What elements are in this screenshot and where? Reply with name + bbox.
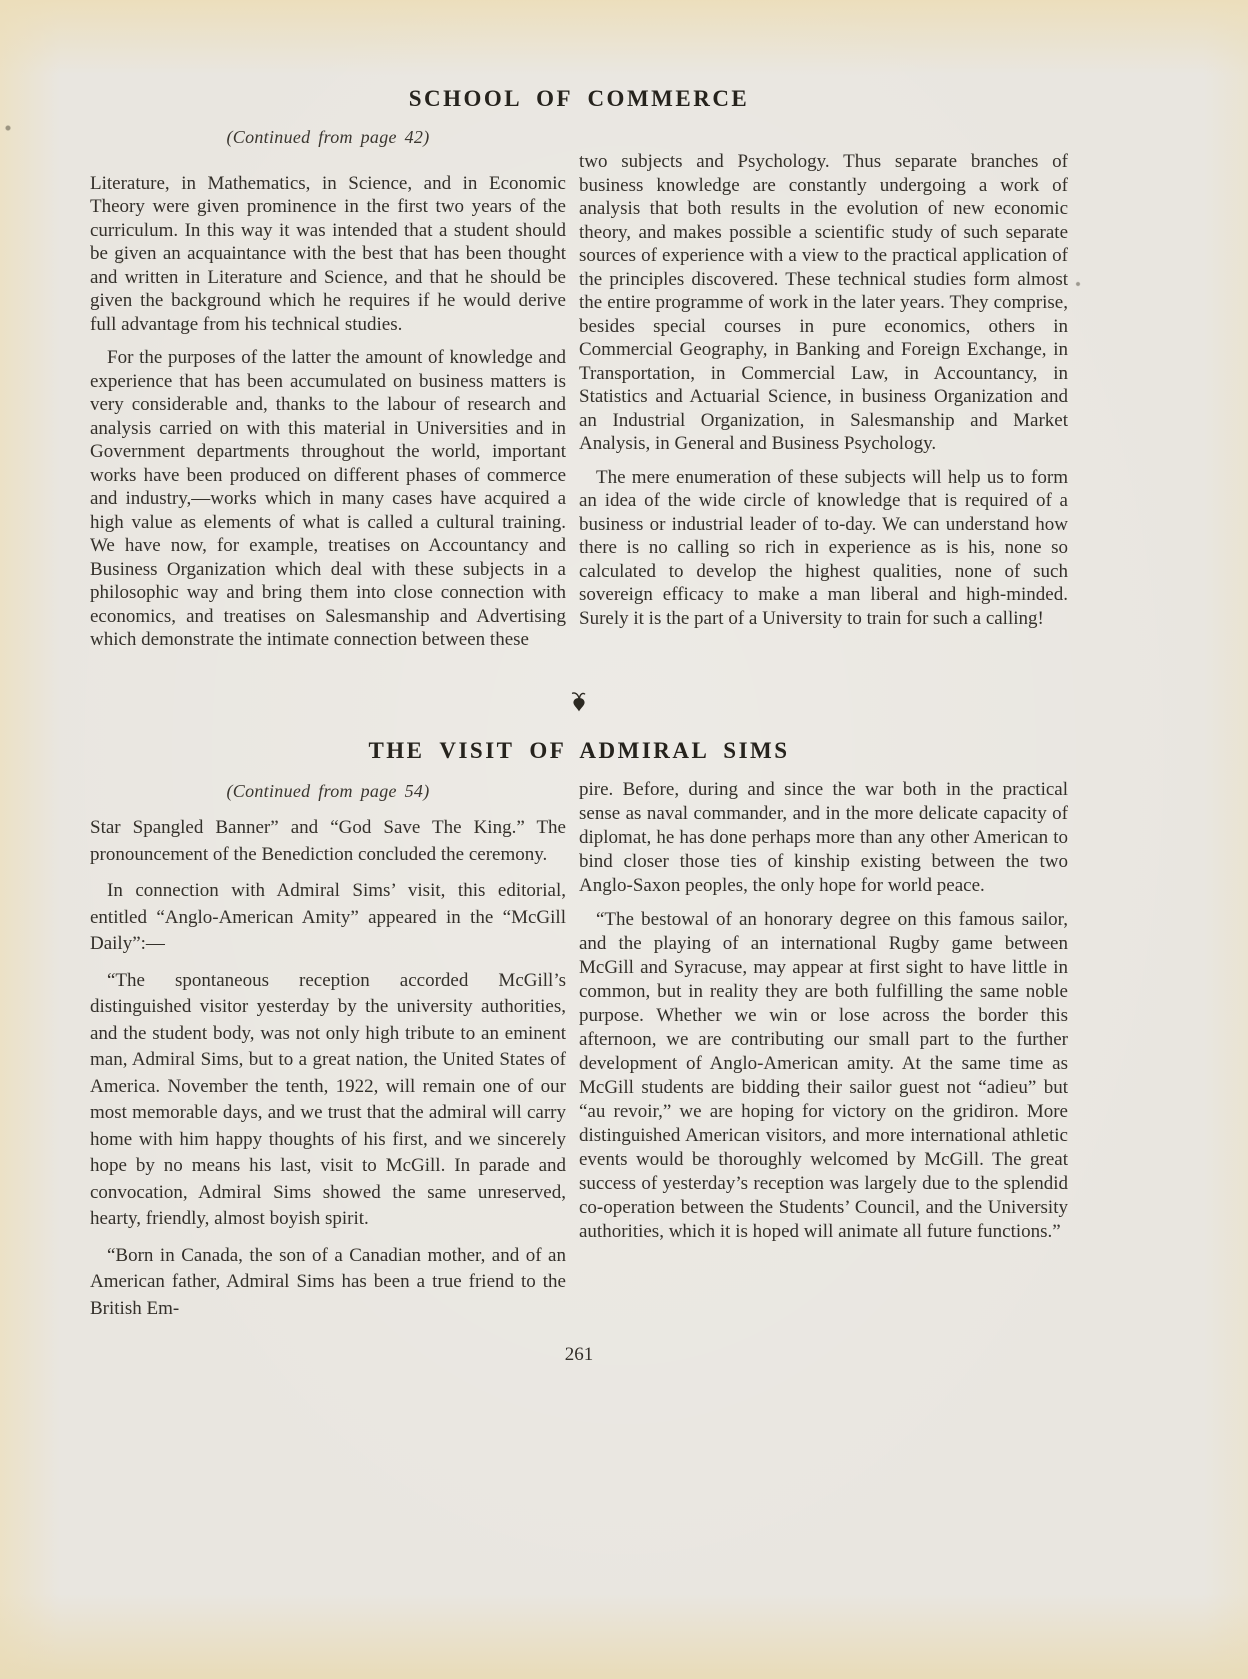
paragraph: two subjects and Psychology. Thus separa… xyxy=(579,150,1068,456)
floral-heart-icon xyxy=(570,688,588,715)
commerce-right-column: two subjects and Psychology. Thus separa… xyxy=(579,126,1068,640)
continued-note: (Continued from page 54) xyxy=(90,778,566,805)
paragraph: pire. Before, during and since the war b… xyxy=(579,778,1068,898)
section-title-visit-of-admiral-sims: THE VISIT OF ADMIRAL SIMS xyxy=(90,738,1068,764)
continued-note: (Continued from page 42) xyxy=(90,126,566,150)
paragraph: The mere enumeration of these subjects w… xyxy=(579,466,1068,631)
section-commerce-columns: (Continued from page 42) Literature, in … xyxy=(90,126,1068,662)
page-number: 261 xyxy=(90,1344,1068,1366)
paragraph: “The spontaneous reception accorded McGi… xyxy=(90,968,566,1233)
sims-left-column: (Continued from page 54) Star Spangled B… xyxy=(90,778,566,1333)
paragraph: “The bestowal of an honorary degree on t… xyxy=(579,908,1068,1244)
section-divider xyxy=(90,688,1068,718)
paragraph: “Born in Canada, the son of a Canadian m… xyxy=(90,1243,566,1323)
sims-right-column: pire. Before, during and since the war b… xyxy=(579,778,1068,1254)
section-title-school-of-commerce: SCHOOL OF COMMERCE xyxy=(90,86,1068,112)
scanned-page: SCHOOL OF COMMERCE (Continued from page … xyxy=(0,0,1248,1679)
paragraph: In connection with Admiral Sims’ visit, … xyxy=(90,878,566,958)
paragraph: For the purposes of the latter the amoun… xyxy=(90,346,566,652)
commerce-left-column: (Continued from page 42) Literature, in … xyxy=(90,126,566,662)
section-sims-columns: (Continued from page 54) Star Spangled B… xyxy=(90,778,1068,1333)
paragraph: Star Spangled Banner” and “God Save The … xyxy=(90,815,566,868)
page-content: SCHOOL OF COMMERCE (Continued from page … xyxy=(0,0,1248,1366)
paragraph: Literature, in Mathematics, in Science, … xyxy=(90,172,566,337)
